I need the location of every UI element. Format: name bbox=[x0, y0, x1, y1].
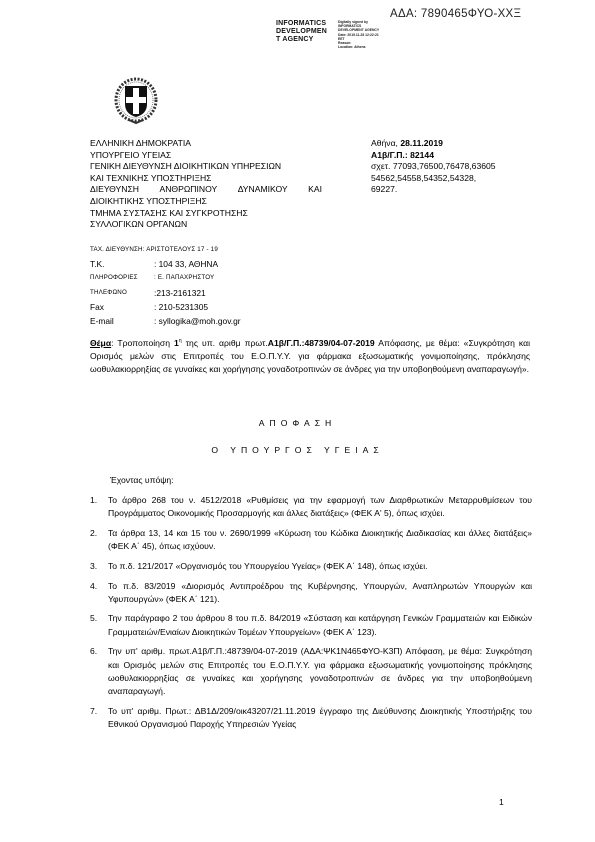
item-text: Το π.δ. 83/2019 «Διορισμός Αντιπροέδρου … bbox=[108, 580, 532, 606]
item-number: 2. bbox=[90, 527, 108, 553]
directorate-general: ΓΕΝΙΚΗ ΔΙΕΥΘΥΝΣΗ ΔΙΟΙΚΗΤΙΚΩΝ ΥΠΗΡΕΣΙΩΝ bbox=[90, 161, 330, 173]
decision-title: ΑΠΟΦΑΣΗ bbox=[0, 418, 595, 428]
list-item: 4. Το π.δ. 83/2019 «Διορισμός Αντιπροέδρ… bbox=[90, 580, 532, 606]
item-number: 5. bbox=[90, 612, 108, 638]
ada-code: ΑΔΑ: 7890465ΦΥΟ-ΧΧΞ bbox=[390, 8, 521, 20]
address-value: : ΑΡΙΣΤΟΤΕΛΟΥΣ 17 - 19 bbox=[143, 243, 218, 257]
fax-value: : 210-5231305 bbox=[154, 300, 208, 314]
subject-text: της υπ. αριθμ πρωτ. bbox=[182, 338, 268, 348]
fax-label: Fax bbox=[90, 300, 154, 314]
related-refs: σχετ. 77093,76500,76478,63605 bbox=[371, 161, 531, 173]
word: ΔΥΝΑΜΙΚΟΥ bbox=[238, 184, 288, 196]
subject-paragraph: Θέμα: Τροποποίηση 1η της υπ. αριθμ πρωτ.… bbox=[90, 335, 530, 376]
protocol-prefix: Α1β/Γ.Π.: bbox=[371, 150, 410, 160]
word: ΚΑΙ bbox=[308, 184, 322, 196]
info-value: : Ε. ΠΑΠΑΧΡΗΣΤΟΥ bbox=[154, 271, 214, 285]
email-value[interactable]: : syllogika@moh.gov.gr bbox=[154, 314, 241, 328]
info-label: ΠΛΗΡΟΦΟΡΙΕΣ bbox=[90, 271, 154, 285]
postal-code-row: Τ.Κ. : 104 33, ΑΘΗΝΑ bbox=[90, 257, 241, 271]
digital-signature-details: Digitally signed by INFORMATICS DEVELOPM… bbox=[338, 20, 379, 49]
list-item: 7. Το υπ' αριθμ. Πρωτ.: ΔΒ1Δ/209/οικ4320… bbox=[90, 705, 532, 731]
email-label: E-mail bbox=[90, 314, 154, 328]
protocol-number: 82144 bbox=[410, 150, 434, 160]
word: ΔΙΕΥΘΥΝΣΗ bbox=[90, 184, 139, 196]
country-name: ΕΛΛΗΝΙΚΗ ΔΗΜΟΚΡΑΤΙΑ bbox=[90, 138, 330, 150]
list-item: 5. Την παράγραφο 2 του άρθρου 8 του π.δ.… bbox=[90, 612, 532, 638]
considerations-list: 1. Το άρθρο 268 του ν. 4512/2018 «Ρυθμίσ… bbox=[90, 494, 532, 738]
protocol-line: Α1β/Γ.Π.: 82144 bbox=[371, 150, 531, 162]
postal-code-value: : 104 33, ΑΘΗΝΑ bbox=[154, 257, 218, 271]
item-text: Το υπ' αριθμ. Πρωτ.: ΔΒ1Δ/209/οικ43207/2… bbox=[108, 705, 532, 731]
related-refs: 69227. bbox=[371, 184, 531, 196]
list-item: 6. Την υπ' αριθμ. πρωτ.Α1β/Γ.Π.:48739/04… bbox=[90, 645, 532, 698]
department-name-cont: ΣΥΛΛΟΓΙΚΩΝ ΟΡΓΑΝΩΝ bbox=[90, 219, 330, 231]
info-row: ΠΛΗΡΟΦΟΡΙΕΣ : Ε. ΠΑΠΑΧΡΗΣΤΟΥ bbox=[90, 271, 241, 285]
ministry-name: ΥΠΟΥΡΓΕΙΟ ΥΓΕΙΑΣ bbox=[90, 150, 330, 162]
phone-label: ΤΗΛΕΦΩΝΟ bbox=[90, 286, 154, 300]
department-name: ΤΜΗΜΑ ΣΥΣΤΑΣΗΣ ΚΑΙ ΣΥΓΚΡΟΤΗΣΗΣ bbox=[90, 208, 330, 220]
document-date: 28.11.2019 bbox=[400, 138, 443, 148]
logo-line: T AGENCY bbox=[276, 36, 327, 44]
address-label: ΤΑΧ. ΔΙΕΥΘΥΝΣΗ bbox=[90, 243, 143, 257]
item-number: 6. bbox=[90, 645, 108, 698]
phone-value: :213-2161321 bbox=[154, 286, 206, 300]
word: ΑΝΘΡΩΠΙΝΟΥ bbox=[159, 184, 217, 196]
item-number: 7. bbox=[90, 705, 108, 731]
item-number: 3. bbox=[90, 560, 108, 573]
directorate-line: ΔΙΕΥΘΥΝΣΗ ΑΝΘΡΩΠΙΝΟΥ ΔΥΝΑΜΙΚΟΥ ΚΑΙ bbox=[90, 184, 322, 196]
reference-block: Αθήνα, 28.11.2019 Α1β/Γ.Π.: 82144 σχετ. … bbox=[371, 138, 531, 196]
logo-line: INFORMATICS bbox=[276, 20, 327, 28]
item-text: Τα άρθρα 13, 14 και 15 του ν. 2690/1999 … bbox=[108, 527, 532, 553]
signature-line: Location: Athens bbox=[338, 45, 379, 49]
date-line: Αθήνα, 28.11.2019 bbox=[371, 138, 531, 150]
list-item: 1. Το άρθρο 268 του ν. 4512/2018 «Ρυθμίσ… bbox=[90, 494, 532, 520]
phone-row: ΤΗΛΕΦΩΝΟ :213-2161321 bbox=[90, 286, 241, 300]
greek-emblem-icon bbox=[113, 76, 159, 126]
fax-row: Fax : 210-5231305 bbox=[90, 300, 241, 314]
item-text: Το π.δ. 121/2017 «Οργανισμός του Υπουργε… bbox=[108, 560, 532, 573]
item-text: Την παράγραφο 2 του άρθρου 8 του π.δ. 84… bbox=[108, 612, 532, 638]
signature-logo-text: INFORMATICS DEVELOPMEN T AGENCY bbox=[276, 20, 327, 44]
item-text: Το άρθρο 268 του ν. 4512/2018 «Ρυθμίσεις… bbox=[108, 494, 532, 520]
subject-text: : Τροποποίηση bbox=[111, 338, 174, 348]
minister-title: Ο ΥΠΟΥΡΓΟΣ ΥΓΕΙΑΣ bbox=[0, 445, 595, 455]
email-row: E-mail : syllogika@moh.gov.gr bbox=[90, 314, 241, 328]
subject-label: Θέμα bbox=[90, 338, 111, 348]
postal-code-label: Τ.Κ. bbox=[90, 257, 154, 271]
decision-ref: Α1β/Γ.Π.:48739/04-07-2019 bbox=[268, 338, 375, 348]
logo-line: DEVELOPMEN bbox=[276, 28, 327, 36]
item-text: Την υπ' αριθμ. πρωτ.Α1β/Γ.Π.:48739/04-07… bbox=[108, 645, 532, 698]
signature-line: DEVELOPMENT AGENCY bbox=[338, 28, 379, 32]
page-number: 1 bbox=[499, 797, 504, 807]
considering-label: Έχοντας υπόψη: bbox=[110, 475, 174, 485]
address-row: ΤΑΧ. ΔΙΕΥΘΥΝΣΗ : ΑΡΙΣΤΟΤΕΛΟΥΣ 17 - 19 bbox=[90, 243, 241, 257]
directorate-line-cont: ΔΙΟΙΚΗΤΙΚΗΣ ΥΠΟΣΤΗΡΙΞΗΣ bbox=[90, 196, 330, 208]
related-refs: 54562,54558,54352,54328, bbox=[371, 173, 531, 185]
directorate-general-cont: ΚΑΙ ΤΕΧΝΙΚΗΣ ΥΠΟΣΤΗΡΙΞΗΣ bbox=[90, 173, 330, 185]
list-item: 2. Τα άρθρα 13, 14 και 15 του ν. 2690/19… bbox=[90, 527, 532, 553]
item-number: 1. bbox=[90, 494, 108, 520]
contact-block: ΤΑΧ. ΔΙΕΥΘΥΝΣΗ : ΑΡΙΣΤΟΤΕΛΟΥΣ 17 - 19 Τ.… bbox=[90, 243, 241, 328]
list-item: 3. Το π.δ. 121/2017 «Οργανισμός του Υπου… bbox=[90, 560, 532, 573]
sender-block: ΕΛΛΗΝΙΚΗ ΔΗΜΟΚΡΑΤΙΑ ΥΠΟΥΡΓΕΙΟ ΥΓΕΙΑΣ ΓΕΝ… bbox=[90, 138, 330, 231]
item-number: 4. bbox=[90, 580, 108, 606]
city: Αθήνα, bbox=[371, 138, 400, 148]
